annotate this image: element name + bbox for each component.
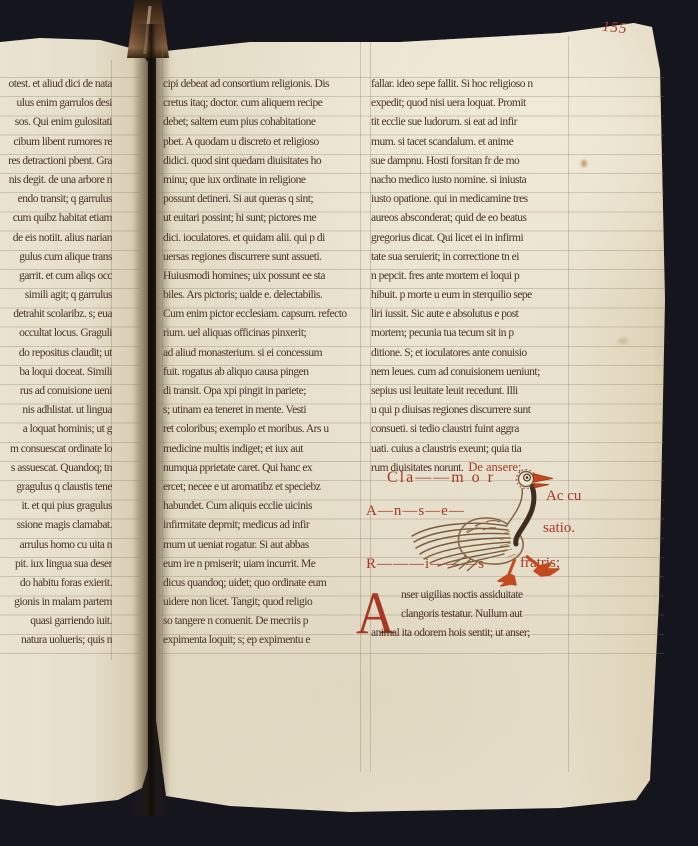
text-line: simili agit; q garrulus bbox=[0, 289, 112, 308]
text-line: Huiusmodi homines; uix possunt ee sta bbox=[163, 270, 362, 289]
text-line: ut euitari possint; hi sunt; pictores me bbox=[163, 212, 362, 231]
text-line: expimenta loquit; s; ep expimentu e bbox=[163, 634, 362, 653]
text-line: mortem; pecunia tua tecum sit in p bbox=[371, 327, 570, 346]
text-line: liri iussit. Sic aute e absolutus e post bbox=[371, 308, 570, 327]
text-line: sue dampnu. Hosti forsitan fr de mo bbox=[371, 155, 570, 174]
folio-number: 155 bbox=[601, 19, 628, 39]
left-text-column: cipi debeat ad consortium religionis. Di… bbox=[163, 78, 362, 654]
text-line: s assuescat. Quandoq; tn bbox=[0, 462, 112, 481]
text-line: hibuit. p morte u eum in sterquilio sepe bbox=[371, 289, 570, 308]
text-line: nis degit. de una arbore n bbox=[0, 174, 112, 193]
text-line: u qui p diuisas regiones discurrere sunt bbox=[371, 404, 570, 423]
text-line: iusto opatione. qui in medicamine tres bbox=[371, 193, 570, 212]
text-line: cretus itaq; doctor. cum aliquem recipe bbox=[163, 97, 362, 116]
text-line: habundet. Cum aliquis ecclie uicinis bbox=[163, 500, 362, 519]
text-line: cipi debeat ad consortium religionis. Di… bbox=[163, 78, 362, 97]
goose-drawing bbox=[404, 464, 562, 588]
text-line: nis adhlistat. ut lingua bbox=[0, 404, 112, 423]
text-line: infirmitate depmit; medicus ad infir bbox=[163, 519, 362, 538]
text-line: occultat locus. Graguli bbox=[0, 327, 112, 346]
text-line: dicus quandoq; uidet; quo ordinate eum bbox=[163, 577, 362, 596]
text-line: numqua pprietate caret. Qui hanc ex bbox=[163, 462, 362, 481]
text-line: s; utinam ea teneret in mente. Vesti bbox=[163, 404, 362, 423]
closing-paragraph: nser uigilias noctis assiduitateclangori… bbox=[371, 589, 586, 647]
text-line: gregorius dicat. Qui licet ei in infirmi bbox=[371, 232, 570, 251]
text-line: dici. ioculatores. et quidam alii. qui p… bbox=[163, 232, 362, 251]
text-line: ad aliud monasterium. si ei concessum bbox=[163, 347, 362, 366]
text-line: so tangere n conuenit. De mecriis p bbox=[163, 615, 362, 634]
text-line: cibum libent rumores re bbox=[0, 136, 112, 155]
text-line: tate sua seruierit; in correctione tn ei bbox=[371, 251, 570, 270]
text-line: do repositus claudit; ut bbox=[0, 347, 112, 366]
text-line: tit ecclie sue ludorum. si eat ad infir bbox=[371, 116, 570, 135]
text-line: animal ita odorem hois sentit; ut anser; bbox=[371, 627, 586, 646]
text-line: clangoris testatur. Nullum aut bbox=[371, 608, 586, 627]
text-line: n pepcit. fres ante mortem ei loqui p bbox=[371, 270, 570, 289]
text-line: m consuescat ordinate lo bbox=[0, 443, 112, 462]
text-line: detrahit scolaribz. s; eua bbox=[0, 308, 112, 327]
text-line: garrit. et cum aliqs occ bbox=[0, 270, 112, 289]
text-line: fuit. rogatus ab aliquo causa pingen bbox=[163, 366, 362, 385]
left-page-text-column: otest. et aliud dici de nataulus enim ga… bbox=[0, 78, 112, 654]
text-line: debet; saltem eum pius cohabitatione bbox=[163, 116, 362, 135]
text-line: eum ire n pmiserit; uiam incurrit. Me bbox=[163, 558, 362, 577]
text-line: ulus enim garrulos desi bbox=[0, 97, 112, 116]
text-line: natura uolueris; quis n bbox=[0, 634, 112, 653]
text-line: pit. iux lingua sua deser bbox=[0, 558, 112, 577]
text-line: expedit; quod nisi uera loquat. Promit bbox=[371, 97, 570, 116]
text-line: ssione magis clamabat. bbox=[0, 519, 112, 538]
text-line: mum. si tacet scandalum. et anime bbox=[371, 136, 570, 155]
text-line: gragulus q claustis tene bbox=[0, 481, 112, 500]
text-line: de eis notiit. alius narian bbox=[0, 232, 112, 251]
text-line: ba loqui doceat. Simili bbox=[0, 366, 112, 385]
text-line: rium. uel aliquas officinas pinxerit; bbox=[163, 327, 362, 346]
text-line: di transit. Opa xpi pingit in pariete; bbox=[163, 385, 362, 404]
text-line: nem leues. cum ad conuisionem ueniunt; bbox=[371, 366, 570, 385]
text-line: it. et qui pius gragulus bbox=[0, 500, 112, 519]
text-line: nser uigilias noctis assiduitate bbox=[371, 589, 586, 608]
text-line: consueti. si tedio claustri fuint aggra bbox=[371, 423, 570, 442]
text-line: Cum enim pictor ecclesiam. capsum. refec… bbox=[163, 308, 362, 327]
text-line: quasi garriendo iuit. bbox=[0, 615, 112, 634]
text-line: sepius usi leuitate leuit recedunt. Illi bbox=[371, 385, 570, 404]
text-line: uersas regiones discurrere sunt assueti. bbox=[163, 251, 362, 270]
text-line: pbet. A quodam u discreto et religioso bbox=[163, 136, 362, 155]
right-text-column: fallar. ideo sepe fallit. Si hoc religio… bbox=[371, 78, 570, 462]
text-line: arrulus homo cu uita n bbox=[0, 539, 112, 558]
text-line: sos. Qui enim gulositati bbox=[0, 116, 112, 135]
text-line: cum quibz habitat etiam bbox=[0, 212, 112, 231]
text-line: uidere non licet. Tangit; quod religio bbox=[163, 596, 362, 615]
text-line: mum ut ueniat rogatur. Si aut abbas bbox=[163, 539, 362, 558]
manuscript-photo: 155 otest. et aliud dici de nataulus eni… bbox=[0, 0, 698, 846]
text-line: medicine multis indiget; et iux aut bbox=[163, 443, 362, 462]
text-line: fallar. ideo sepe fallit. Si hoc religio… bbox=[371, 78, 570, 97]
text-line: possunt detineri. Si aut queras q sint; bbox=[163, 193, 362, 212]
text-line: biles. Ars pictoris; ualde e. delectabil… bbox=[163, 289, 362, 308]
text-line: endo transit; q garrulus bbox=[0, 193, 112, 212]
text-line: ercet; necee e ut aromatibz et speciebz bbox=[163, 481, 362, 500]
text-line: didici. quod sint quedam diuisitates ho bbox=[163, 155, 362, 174]
text-line: res detractioni pbent. Gra bbox=[0, 155, 112, 174]
text-line: gionis in malam partem bbox=[0, 596, 112, 615]
text-line: a loquat hominis; ut g bbox=[0, 423, 112, 442]
text-line: ditione. S; et ioculatores ante conuisio bbox=[371, 347, 570, 366]
text-line: ret coloribus; exemplo et moribus. Ars u bbox=[163, 423, 362, 442]
text-line: otest. et aliud dici de nata bbox=[0, 78, 112, 97]
text-line: nacho medico iusto nomine. si iniusta bbox=[371, 174, 570, 193]
text-line: rus ad conuisione ueni bbox=[0, 385, 112, 404]
text-line: gulus cum alique trans bbox=[0, 251, 112, 270]
text-line: do habitu foras exierit. bbox=[0, 577, 112, 596]
text-line: aureos absconderat; quid de eo beatus bbox=[371, 212, 570, 231]
text-line: minu; que iux ordinate in religione bbox=[163, 174, 362, 193]
